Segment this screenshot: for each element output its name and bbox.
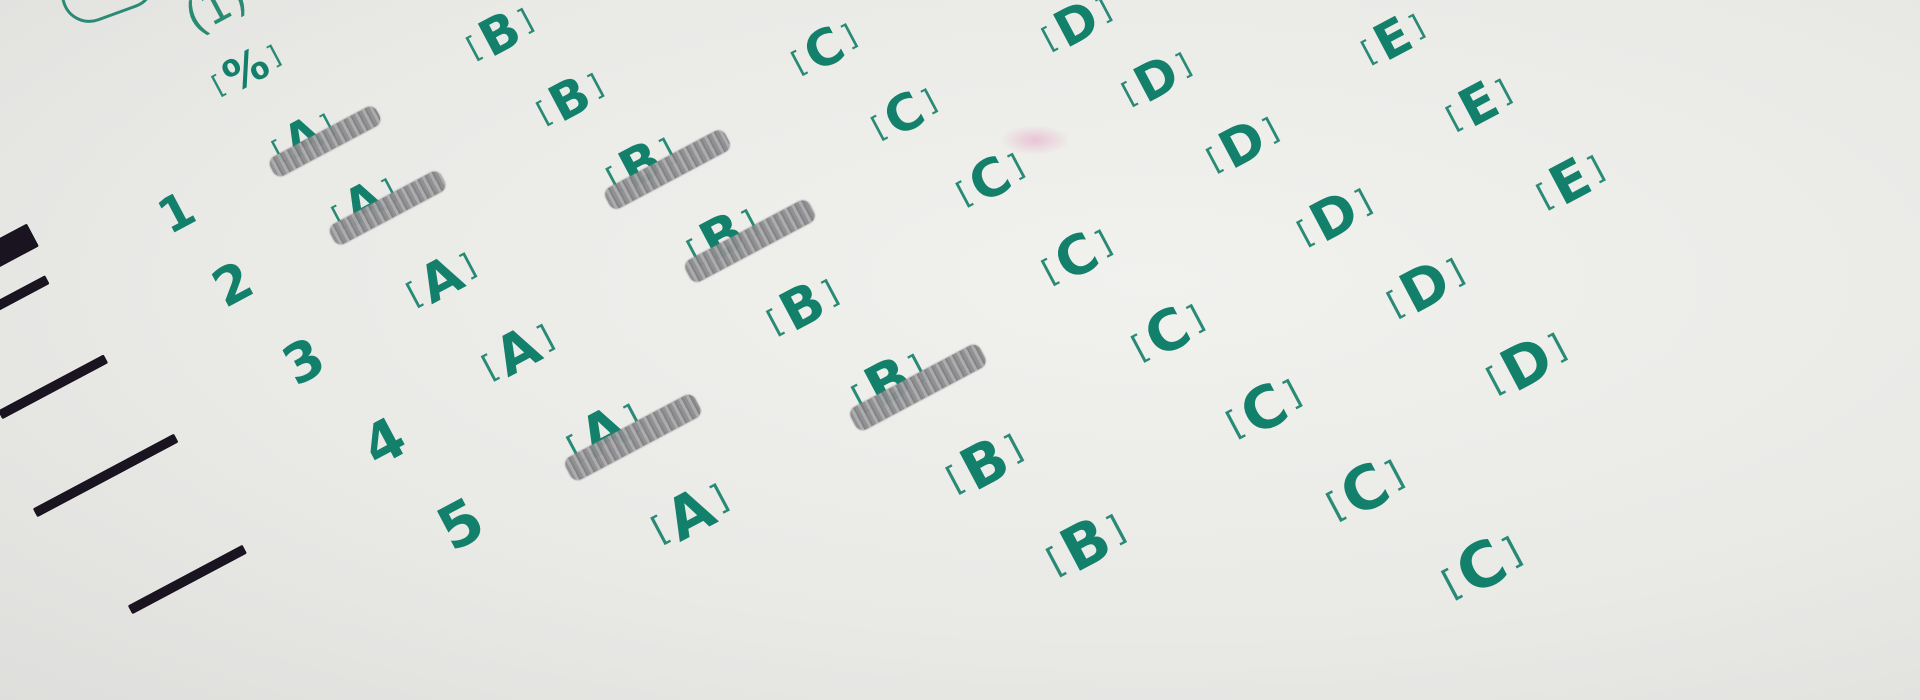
answer-bubble-e[interactable]: [E] — [1435, 63, 1523, 148]
header-paren: (1) — [177, 0, 256, 45]
row-number-2: 2 — [203, 250, 263, 320]
answer-bubble-b[interactable]: [B] — [755, 261, 850, 352]
answer-bubble-d[interactable]: [D] — [1285, 170, 1384, 262]
answer-bubble-c[interactable]: [C] — [860, 72, 947, 155]
answer-bubble-c[interactable]: [C] — [1119, 286, 1216, 379]
answer-bubble-c[interactable]: [C] — [1029, 212, 1123, 302]
answer-bubble-percent[interactable]: [%] — [202, 31, 290, 110]
row-number-4: 4 — [352, 405, 417, 481]
answer-bubble-e[interactable]: [E] — [1350, 0, 1435, 80]
answer-bubble-b[interactable]: [B] — [1033, 495, 1138, 595]
timing-mark — [0, 275, 50, 314]
header-oval — [53, 0, 162, 31]
answer-bubble-a[interactable]: [A] — [639, 465, 742, 563]
answer-bubble-e[interactable]: [E] — [1524, 137, 1616, 226]
timing-mark — [0, 223, 39, 274]
answer-bubble-d[interactable]: [D] — [1374, 240, 1476, 335]
answer-bubble-b[interactable]: [B] — [455, 0, 544, 76]
answer-bubble-b[interactable]: [B] — [934, 415, 1036, 512]
timing-mark — [128, 545, 247, 615]
answer-bubble-c[interactable]: [C] — [1214, 361, 1315, 458]
row-number-5: 5 — [426, 484, 496, 565]
answer-sheet: (1) 1 2 3 4 5 [%][B][B][C][C][C][C][C][C… — [0, 0, 1920, 700]
answer-bubble-c[interactable]: [C] — [1313, 440, 1417, 539]
row-number-1: 1 — [149, 180, 205, 245]
answer-bubble-d[interactable]: [D] — [1195, 101, 1290, 189]
timing-mark — [33, 433, 179, 517]
answer-bubble-d[interactable]: [D] — [1031, 0, 1123, 67]
answer-bubble-c[interactable]: [C] — [1428, 515, 1535, 618]
answer-bubble-a[interactable]: [A] — [470, 306, 566, 397]
answer-bubble-a[interactable]: [A] — [395, 236, 487, 323]
timing-mark — [0, 354, 108, 419]
answer-bubble-d[interactable]: [D] — [1111, 36, 1203, 121]
answer-bubble-c[interactable]: [C] — [780, 7, 867, 90]
answer-bubble-d[interactable]: [D] — [1474, 314, 1579, 413]
answer-bubble-b[interactable]: [B] — [525, 57, 614, 141]
row-number-3: 3 — [272, 325, 335, 398]
